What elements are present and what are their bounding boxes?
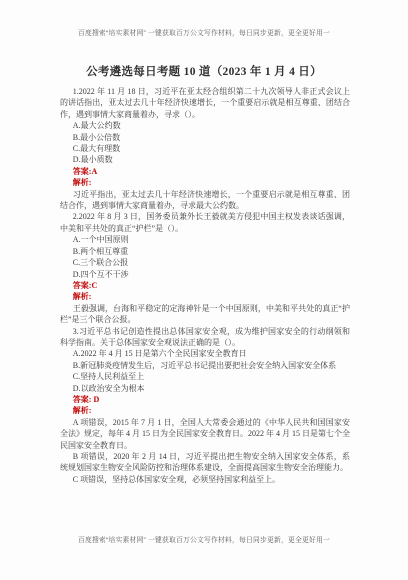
question-2-answer: 答案:C (60, 280, 350, 291)
question-1: 1.2022 年 11 月 18 日，习近平在亚太经合组织第二十九次领导人非正式… (60, 86, 350, 211)
question-1-analysis-label: 解析: (60, 177, 350, 188)
question-2-option-c: C.三个联合公报 (60, 257, 350, 268)
question-1-option-c: C.最大有理数 (60, 143, 350, 154)
page-title: 公考遴选每日考题 10 道（2023 年 1 月 4 日） (0, 63, 408, 79)
question-3-option-c: C.坚持人民利益至上 (60, 371, 350, 382)
question-3-option-d: D.以政治安全为根本 (60, 383, 350, 394)
question-1-answer: 答案:A (60, 166, 350, 177)
page-footer-note: 百度搜索“培实素材网” 一键获取百万公文写作材料，每日同步更新，更全更好用一 (0, 534, 408, 544)
question-1-option-a: A.最大公约数 (60, 120, 350, 131)
question-2-option-a: A.一个中国原则 (60, 234, 350, 245)
question-3-analysis-paragraph-c: C 项错误，坚持总体国家安全观，必须坚持国家利益至上。 (60, 474, 350, 485)
page-header-note: 百度搜索“培实素材网” 一键获取百万公文写作材料，每日同步更新，更全更好用一 (0, 27, 408, 37)
question-3: 3.习近平总书记创造性提出总体国家安全观，成为维护国家安全的行动纲领和科学指南。… (60, 326, 350, 486)
question-3-option-b: B.新冠肺炎疫情发生后，习近平总书记提出要把社会安全纳入国家安全体系 (60, 360, 350, 371)
question-3-analysis-paragraph-a: A 项错误，2015 年 7 月 1 日，全国人大常委会通过的《中华人民共和国国… (60, 417, 350, 451)
question-3-option-a: A.2022 年 4 月 15 日是第六个全民国家安全教育日 (60, 348, 350, 359)
question-2-option-d: D.四个互不干涉 (60, 269, 350, 280)
question-1-option-d: D.最小质数 (60, 154, 350, 165)
question-3-stem: 3.习近平总书记创造性提出总体国家安全观，成为维护国家安全的行动纲领和科学指南。… (60, 326, 350, 349)
question-1-option-b: B.最小公倍数 (60, 132, 350, 143)
question-1-stem: 1.2022 年 11 月 18 日，习近平在亚太经合组织第二十九次领导人非正式… (60, 86, 350, 120)
question-list: 1.2022 年 11 月 18 日，习近平在亚太经合组织第二十九次领导人非正式… (60, 86, 350, 485)
question-2: 2.2022 年 8 月 3 日，国务委员兼外长王毅就美方侵犯中国主权发表谈话强… (60, 211, 350, 325)
question-1-analysis-paragraph: 习近平指出，亚太过去几十年经济快速增长，一个重要启示就是相互尊重、团结合作，遇到… (60, 189, 350, 212)
question-3-answer: 答案: D (60, 394, 350, 405)
document-page: 百度搜索“培实素材网” 一键获取百万公文写作材料，每日同步更新，更全更好用一 公… (0, 0, 408, 580)
question-2-stem: 2.2022 年 8 月 3 日，国务委员兼外长王毅就美方侵犯中国主权发表谈话强… (60, 211, 350, 234)
question-2-analysis-label: 解析: (60, 291, 350, 302)
question-2-option-b: B.两个相互尊重 (60, 246, 350, 257)
question-3-analysis-label: 解析: (60, 405, 350, 416)
question-2-analysis-paragraph: 王毅强调，台海和平稳定的定海神针是一个中国原则，中美和平共处的真正“护栏”是三个… (60, 303, 350, 326)
question-3-analysis-paragraph-b: B 项错误，2020 年 2 月 14 日，习近平提出把生物安全纳入国家安全体系… (60, 451, 350, 474)
